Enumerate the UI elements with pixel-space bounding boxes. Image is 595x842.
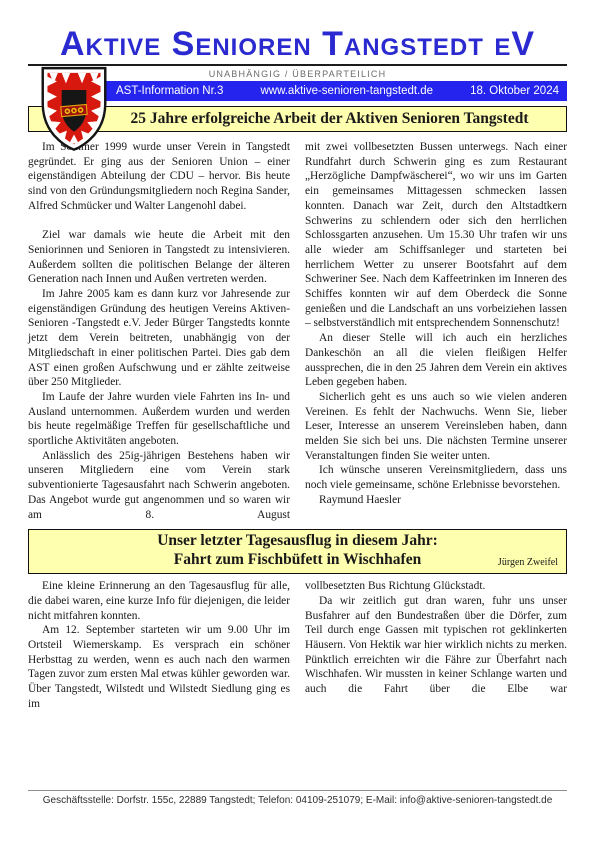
- website-link[interactable]: www.aktive-senioren-tangstedt.de: [260, 85, 433, 97]
- article1-body: Im Sommer 1999 wurde unser Verein in Tan…: [28, 140, 567, 522]
- article2-headline: Unser letzter Tagesausflug in diesem Jah…: [28, 529, 567, 574]
- paragraph: Am 12. September starteten wir um 9.00 U…: [28, 623, 290, 711]
- newsletter-page: Aktive Senioren Tangstedt eV UNABHÄNGIG …: [0, 0, 595, 842]
- paragraph: Sicherlich geht es uns auch so wie viele…: [305, 390, 567, 464]
- paragraph: An dieser Stelle will ich auch ein herzl…: [305, 331, 567, 390]
- paragraph: Da wir zeitlich gut dran waren, fuhr uns…: [305, 594, 567, 697]
- article2-body: Eine kleine Erinnerung an den Tagesausfl…: [28, 579, 567, 711]
- issue-date: 18. Oktober 2024: [470, 85, 559, 97]
- paragraph: Ich wünsche unseren Vereinsmitgliedern, …: [305, 463, 567, 492]
- paragraph: Ziel war damals wie heute die Arbeit mit…: [28, 228, 290, 287]
- article1-left-column: Im Sommer 1999 wurde unser Verein in Tan…: [28, 140, 290, 522]
- article1-right-column: mit zwei vollbesetzten Bussen unterwegs.…: [305, 140, 567, 522]
- issue-number: AST-Information Nr.3: [116, 85, 223, 97]
- paragraph: Im Jahre 2005 kam es dann kurz vor Jahre…: [28, 287, 290, 390]
- info-bar: AST-Information Nr.3 www.aktive-senioren…: [102, 81, 567, 101]
- paragraph: Eine kleine Erinnerung an den Tagesausfl…: [28, 579, 290, 623]
- paragraph: mit zwei vollbesetzten Bussen unterwegs.…: [305, 140, 567, 331]
- paragraph: Raymund Haesler: [305, 493, 567, 508]
- article2-right-column: vollbesetzten Bus Richtung Glückstadt.Da…: [305, 579, 567, 711]
- article2-headline-line1: Unser letzter Tagesausflug in diesem Jah…: [29, 532, 566, 551]
- paragraph: Im Laufe der Jahre wurden viele Fahrten …: [28, 390, 290, 449]
- tangstedt-crest-icon: [38, 63, 110, 151]
- page-title: Aktive Senioren Tangstedt eV: [28, 26, 567, 62]
- paragraph: Anlässlich des 25ig-jährigen Bestehens h…: [28, 449, 290, 523]
- paragraph: Im Sommer 1999 wurde unser Verein in Tan…: [28, 140, 290, 214]
- article2-headline-line2: Fahrt zum Fischbüfett in Wischhafen: [29, 551, 566, 570]
- article2-author: Jürgen Zweifel: [498, 557, 558, 568]
- footer-contact: Geschäftsstelle: Dorfstr. 155c, 22889 Ta…: [28, 790, 567, 806]
- paragraph: vollbesetzten Bus Richtung Glückstadt.: [305, 579, 567, 594]
- masthead: Aktive Senioren Tangstedt eV UNABHÄNGIG …: [28, 26, 567, 132]
- article2-left-column: Eine kleine Erinnerung an den Tagesausfl…: [28, 579, 290, 711]
